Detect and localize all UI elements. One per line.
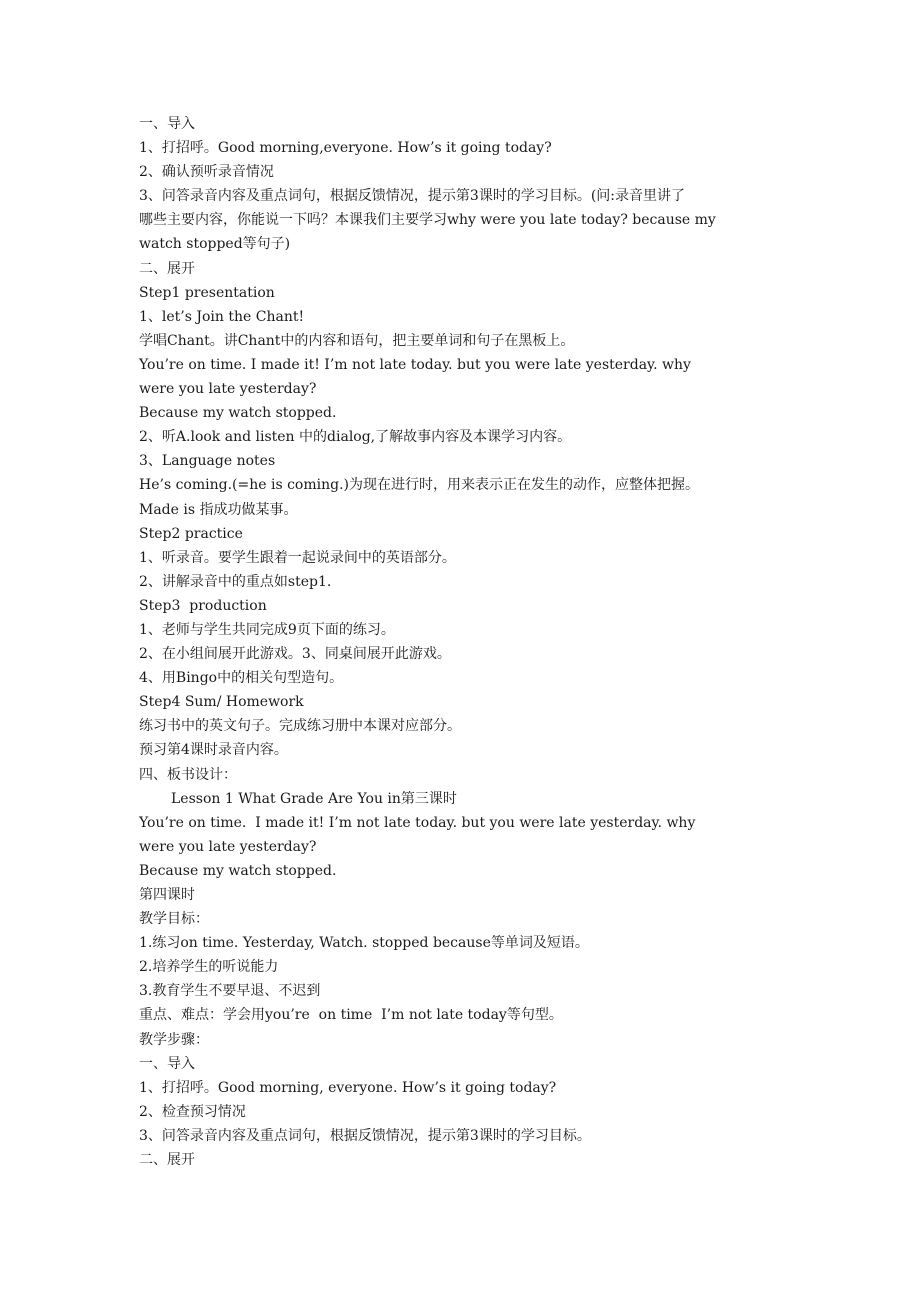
text-line: Because my watch stopped. — [139, 401, 799, 425]
text-line: 1、老师与学生共同完成9页下面的练习。 — [139, 618, 799, 642]
text-line: 2、讲解录音中的重点如step1. — [139, 570, 799, 594]
text-line: were you late yesterday? — [139, 835, 799, 859]
step-heading: Step2 practice — [139, 522, 799, 546]
step-heading: Step4 Sum/ Homework — [139, 690, 799, 714]
text-line: 学唱Chant。讲Chant中的内容和语句，把主要单词和句子在黑板上。 — [139, 329, 799, 353]
text-line: 2、确认预听录音情况 — [139, 160, 799, 184]
text-line: Because my watch stopped. — [139, 859, 799, 883]
text-line: 1、打招呼。Good morning, everyone. How’s it g… — [139, 1076, 799, 1100]
text-line: Made is 指成功做某事。 — [139, 498, 799, 522]
section-heading-expand: 二、展开 — [139, 257, 799, 281]
text-line: 3、Language notes — [139, 449, 799, 473]
text-line: 3、问答录音内容及重点词句，根据反馈情况，提示第3课时的学习目标。 — [139, 1124, 799, 1148]
document-page: 一、导入 1、打招呼。Good morning,everyone. How’s … — [139, 112, 799, 1172]
text-line: 预习第4课时录音内容。 — [139, 738, 799, 762]
text-line: 2、听A.look and listen 中的dialog,了解故事内容及本课学… — [139, 425, 799, 449]
section-heading-expand: 二、展开 — [139, 1148, 799, 1172]
text-line: 4、用Bingo中的相关句型造句。 — [139, 666, 799, 690]
text-line: You’re on time. I made it! I’m not late … — [139, 811, 799, 835]
subheading-objectives: 教学目标： — [139, 907, 799, 931]
text-line: He’s coming.(=he is coming.)为现在进行时，用来表示正… — [139, 473, 799, 497]
lesson-heading: 第四课时 — [139, 883, 799, 907]
text-line: 1、let’s Join the Chant! — [139, 305, 799, 329]
text-line: 3、问答录音内容及重点词句，根据反馈情况，提示第3课时的学习目标。(问:录音里讲… — [139, 184, 799, 208]
text-line: watch stopped等句子) — [139, 232, 799, 256]
text-line: 1、打招呼。Good morning,everyone. How’s it go… — [139, 136, 799, 160]
text-line: were you late yesterday? — [139, 377, 799, 401]
subheading-steps: 教学步骤： — [139, 1028, 799, 1052]
text-line: 重点、难点：学会用you’re on time I’m not late tod… — [139, 1003, 799, 1027]
section-heading-blackboard: 四、板书设计： — [139, 763, 799, 787]
text-line: 1.练习on time. Yesterday, Watch. stopped b… — [139, 931, 799, 955]
section-heading-intro: 一、导入 — [139, 112, 799, 136]
step-heading: Step3 production — [139, 594, 799, 618]
text-line: 2、在小组间展开此游戏。3、同桌间展开此游戏。 — [139, 642, 799, 666]
text-line: 3.教育学生不要早退、不迟到 — [139, 979, 799, 1003]
text-line: 哪些主要内容，你能说一下吗？本课我们主要学习why were you late … — [139, 208, 799, 232]
blackboard-title: Lesson 1 What Grade Are You in第三课时 — [139, 787, 799, 811]
text-line: 1、听录音。要学生跟着一起说录间中的英语部分。 — [139, 546, 799, 570]
text-line: 练习书中的英文句子。完成练习册中本课对应部分。 — [139, 714, 799, 738]
step-heading: Step1 presentation — [139, 281, 799, 305]
section-heading-intro: 一、导入 — [139, 1052, 799, 1076]
text-line: 2、检查预习情况 — [139, 1100, 799, 1124]
text-line: 2.培养学生的听说能力 — [139, 955, 799, 979]
text-line: You’re on time. I made it! I’m not late … — [139, 353, 799, 377]
